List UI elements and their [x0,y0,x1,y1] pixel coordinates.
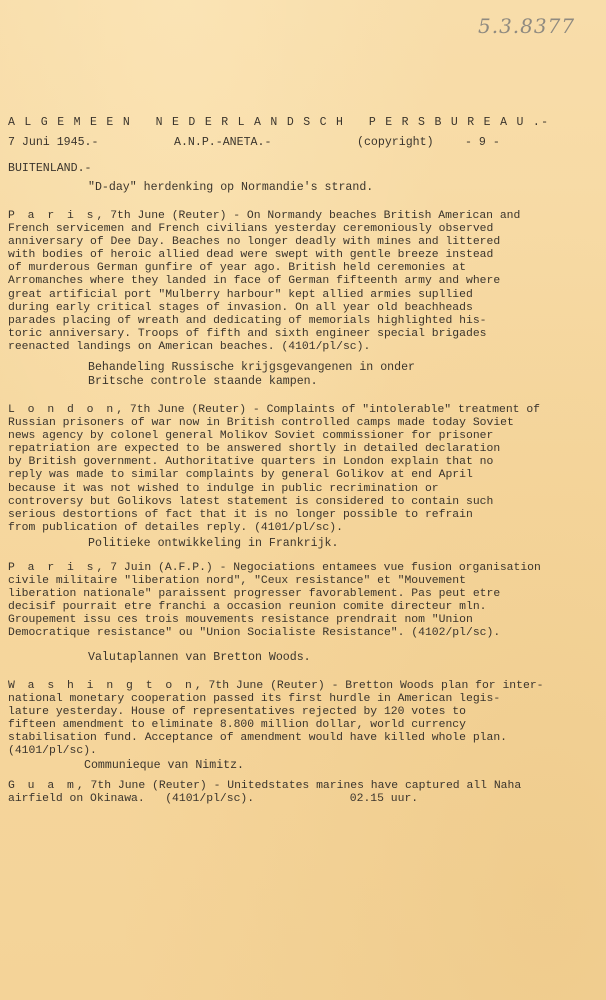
article-body: P a r i s, 7 Juin (A.F.P.) - Negociation… [8,562,598,641]
bulletin-date: 7 Juni 1945.- [8,136,98,149]
header-row: 7 Juni 1945.- A.N.P.-ANETA.- (copyright)… [8,136,508,150]
article-city: P a r i s [8,562,97,574]
copyright-label: (copyright) [357,136,434,149]
handwritten-archive-number: 5.3.8377 [478,14,575,38]
section-label: BUITENLAND.- [8,163,92,175]
article-heading: Politieke ontwikkeling in Frankrijk. [88,538,338,550]
article-heading: Britsche controle staande kampen. [88,376,318,388]
article-city: P a r i s [8,210,97,222]
document-page: 5.3.8377 A L G E M E E N N E D E R L A N… [0,0,606,1000]
article-city: G u a m [8,780,77,792]
masthead: A L G E M E E N N E D E R L A N D S C H … [8,117,549,129]
article-body: P a r i s, 7th June (Reuter) - On Norman… [8,210,598,354]
article-body: W a s h i n g t o n, 7th June (Reuter) -… [8,680,598,759]
article-heading: Communieque van Nimitz. [84,760,244,772]
agency-name: A.N.P.-ANETA.- [174,136,271,149]
article-body: G u a m, 7th June (Reuter) - Unitedstate… [8,780,598,806]
page-number: - 9 - [465,136,500,149]
article-heading: Valutaplannen van Bretton Woods. [88,652,311,664]
article-heading: "D-day" herdenking op Normandie's strand… [88,182,373,194]
article-body: L o n d o n, 7th June (Reuter) - Complai… [8,404,598,535]
article-city: L o n d o n [8,404,116,416]
article-heading: Behandeling Russische krijgsgevangenen i… [88,362,415,374]
article-city: W a s h i n g t o n [8,680,195,692]
